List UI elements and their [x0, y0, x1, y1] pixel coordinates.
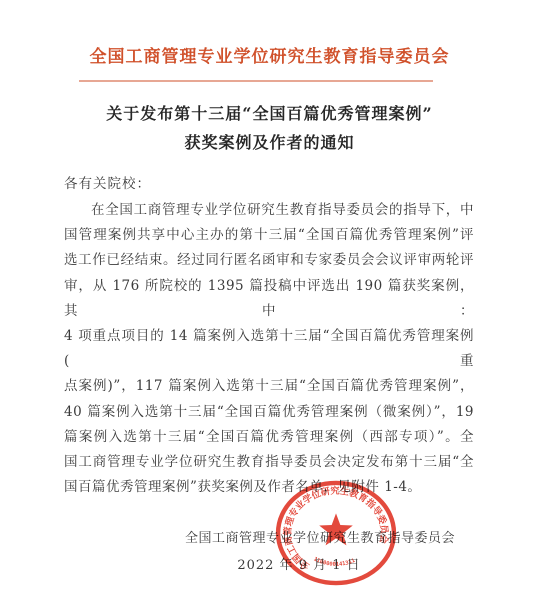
notice-title-line-2: 获奖案例及作者的通知	[0, 128, 539, 157]
notice-title: 关于发布第十三届“全国百篇优秀管理案例” 获奖案例及作者的通知	[0, 99, 539, 157]
body-line: 40 篇案例入选第十三届“全国百篇优秀管理案例（微案例）”，19	[64, 400, 474, 425]
letterhead-divider	[79, 80, 433, 82]
body-line: 在全国工商管理专业学位研究生教育指导委员会的指导下，中	[64, 198, 474, 223]
official-seal: 全国工商管理专业学位研究生教育指导委员会 1100000141311	[273, 478, 399, 588]
body-line: 点案例)”，117 篇案例入选第十三届“全国百篇优秀管理案例”，	[64, 374, 474, 399]
body-line: 国工商管理专业学位研究生教育指导委员会决定发布第十三届“全	[64, 450, 474, 475]
seal-serial-number: 1100000141311	[312, 556, 356, 567]
body-line: 审，从 176 所院校的 1395 篇投稿中评选出 190 篇获奖案例，其中：	[64, 274, 474, 324]
body-line: 篇案例入选第十三届“全国百篇优秀管理案例（西部专项）”。全	[64, 425, 474, 450]
body-line: 4 项重点项目的 14 篇案例入选第十三届“全国百篇优秀管理案例(重	[64, 324, 474, 374]
letterhead-org-title: 全国工商管理专业学位研究生教育指导委员会	[0, 42, 539, 67]
body-line: 选工作已经结束。经过同行匿名函审和专家委员会会议评审两轮评	[64, 248, 474, 273]
body-line: 国百篇优秀管理案例”获奖案例及作者名单，见附件 1-4。	[64, 475, 474, 500]
body-line: 国管理案例共享中心主办的第十三届“全国百篇优秀管理案例”评	[64, 223, 474, 248]
salutation: 各有关院校：	[64, 172, 151, 192]
document-page: 全国工商管理专业学位研究生教育指导委员会 关于发布第十三届“全国百篇优秀管理案例…	[0, 0, 539, 611]
notice-body: 在全国工商管理专业学位研究生教育指导委员会的指导下，中 国管理案例共享中心主办的…	[64, 198, 474, 500]
star-icon	[319, 513, 353, 545]
notice-title-line-1: 关于发布第十三届“全国百篇优秀管理案例”	[0, 99, 539, 128]
seal-serial-holder: 1100000141311	[312, 556, 356, 567]
